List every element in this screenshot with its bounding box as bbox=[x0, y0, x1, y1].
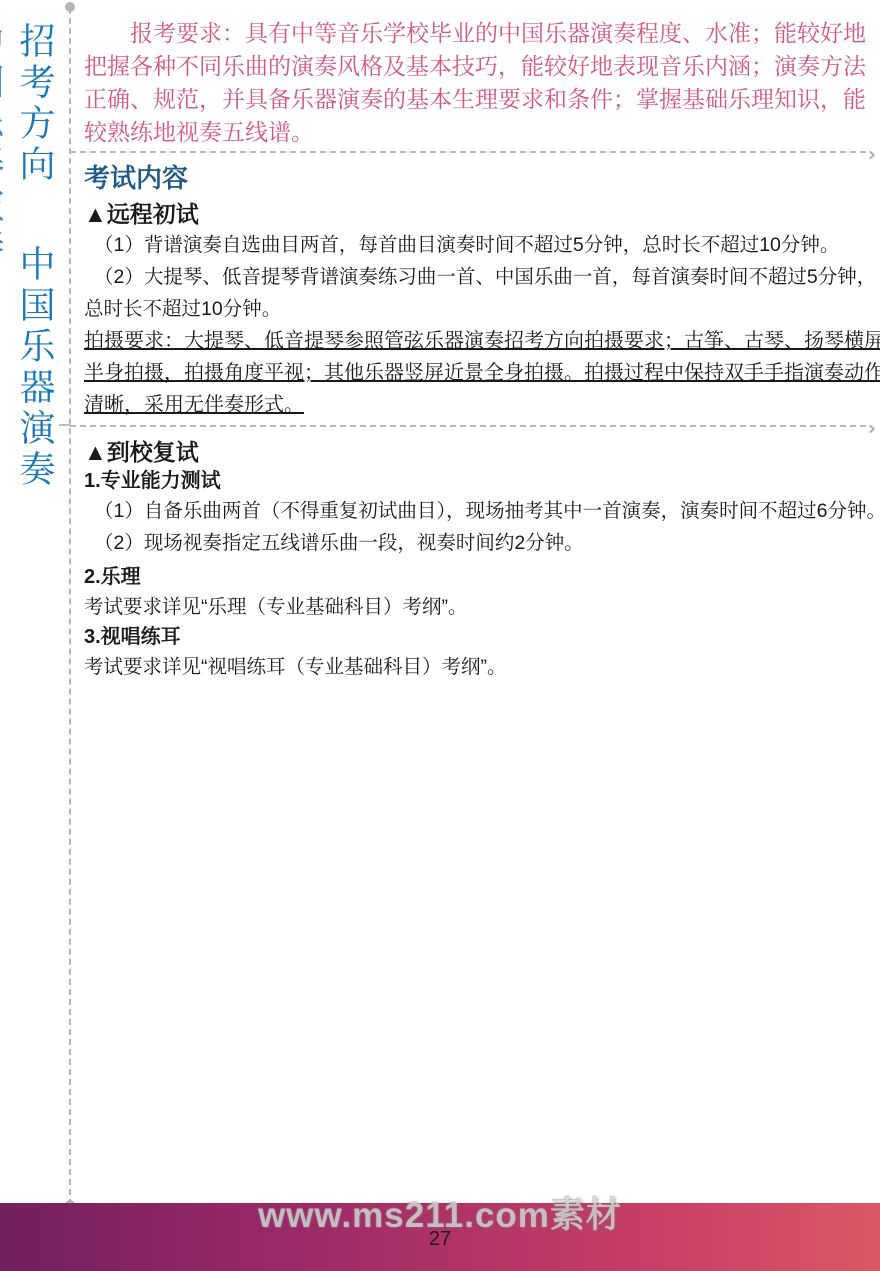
shooting-requirements-line: 半身拍摄，拍摄角度平视；其他乐器竖屏近景全身拍摄。拍摄过程中保持双手手指演奏动作 bbox=[84, 357, 876, 389]
ability-test-subheading: 1.专业能力测试 bbox=[84, 467, 876, 495]
left-edge-clipped-text: 中国乐器演奏 bbox=[0, 22, 6, 492]
vertical-dashed-divider bbox=[69, 8, 71, 1205]
shooting-requirements-line: 拍摄要求：大提琴、低音提琴参照管弦乐器演奏招考方向拍摄要求；古筝、古琴、扬琴横屏 bbox=[84, 325, 876, 357]
exam-content-heading: 考试内容 bbox=[84, 163, 876, 193]
intro-line: 正确、规范，并具备乐器演奏的基本生理要求和条件；掌握基础乐理知识，能 bbox=[84, 83, 874, 116]
music-theory-subheading: 2.乐理 bbox=[84, 563, 876, 591]
intro-line: 把握各种不同乐曲的演奏风格及基本技巧，能较好地表现音乐内涵；演奏方法 bbox=[84, 50, 874, 83]
sight-singing-text: 考试要求详见“视唱练耳（专业基础科目）考纲”。 bbox=[84, 651, 876, 683]
remote-item-2-line2: 总时长不超过10分钟。 bbox=[84, 293, 876, 325]
shooting-requirements: 拍摄要求：大提琴、低音提琴参照管弦乐器演奏招考方向拍摄要求；古筝、古琴、扬琴横屏… bbox=[84, 325, 876, 421]
music-theory-text: 考试要求详见“乐理（专业基础科目）考纲”。 bbox=[84, 591, 876, 623]
remote-item-1: （1）背谱演奏自选曲目两首，每首曲目演奏时间不超过5分钟，总时长不超过10分钟。 bbox=[84, 229, 876, 261]
ability-test-item-2: （2）现场视奏指定五线谱乐曲一段，视奏时间约2分钟。 bbox=[84, 527, 876, 559]
intro-line: 报考要求：具有中等音乐学校毕业的中国乐器演奏程度、水准；能较好地 bbox=[84, 17, 874, 50]
shooting-requirements-line: 清晰，采用无伴奏形式。 bbox=[84, 389, 876, 421]
spacer bbox=[84, 421, 876, 437]
exam-content-section: 考试内容 ▲远程初试 （1）背谱演奏自选曲目两首，每首曲目演奏时间不超过5分钟，… bbox=[84, 163, 876, 683]
sight-singing-subheading: 3.视唱练耳 bbox=[84, 623, 876, 651]
sidebar-title-major: 中国乐器演奏 bbox=[13, 245, 57, 491]
application-requirements-paragraph: 报考要求：具有中等音乐学校毕业的中国乐器演奏程度、水准；能较好地 把握各种不同乐… bbox=[84, 17, 874, 149]
sidebar-title-direction: 招考方向 bbox=[13, 22, 57, 186]
divider-top-dot bbox=[65, 2, 75, 12]
remote-preliminary-heading: ▲远程初试 bbox=[84, 199, 876, 229]
document-page: { "sidebar": { "label_top": "招考方向", "lab… bbox=[0, 0, 880, 1271]
page-number: 27 bbox=[0, 1228, 880, 1251]
divider-junction-tick bbox=[59, 424, 71, 426]
ability-test-item-1: （1）自备乐曲两首（不得重复初试曲目），现场抽考其中一首演奏，演奏时间不超过6分… bbox=[84, 495, 876, 527]
horizontal-dashed-separator-1: › bbox=[70, 151, 866, 153]
remote-item-2-line1: （2）大提琴、低音提琴背谱演奏练习曲一首、中国乐曲一首，每首演奏时间不超过5分钟… bbox=[84, 261, 876, 293]
onsite-retest-heading: ▲到校复试 bbox=[84, 437, 876, 467]
intro-line: 较熟练地视奏五线谱。 bbox=[84, 116, 874, 149]
